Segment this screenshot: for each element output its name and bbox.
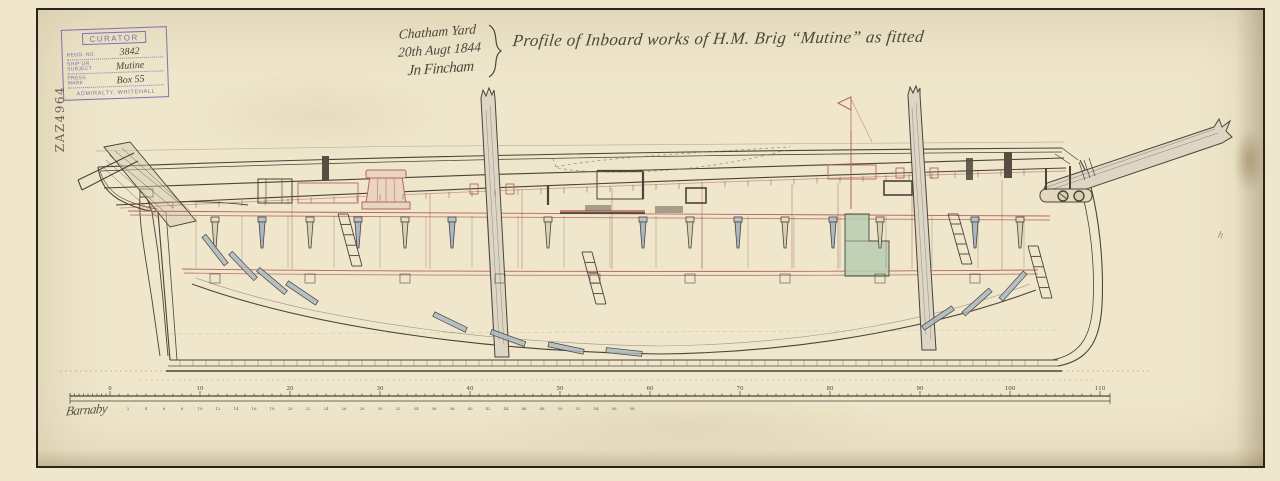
scale-labels: 0102030405060708090100110246810121416182… (108, 386, 1105, 411)
pennant-staff (838, 97, 872, 209)
svg-text:0: 0 (108, 386, 112, 392)
svg-text:26: 26 (341, 406, 347, 411)
svg-text:10: 10 (197, 406, 203, 411)
svg-text:20: 20 (287, 386, 294, 392)
svg-text:16: 16 (251, 406, 257, 411)
svg-text:10: 10 (197, 386, 204, 392)
svg-text:40: 40 (467, 406, 473, 411)
deck-beam-ticks (150, 170, 1024, 210)
stern-gallery (78, 142, 196, 227)
svg-text:42: 42 (485, 406, 491, 411)
stanchions (196, 216, 1024, 268)
iron-riders (202, 234, 1027, 356)
scanned-plan: CURATOR Regd. No. 3842 Ship or Subject M… (0, 0, 1280, 481)
scale-ticks (70, 391, 1110, 404)
floor-ticks (180, 360, 1038, 366)
svg-text:52: 52 (575, 406, 581, 411)
svg-text:80: 80 (827, 386, 834, 392)
svg-text:18: 18 (269, 406, 275, 411)
svg-text:110: 110 (1095, 386, 1106, 392)
svg-text:12: 12 (215, 406, 221, 411)
svg-text:2: 2 (127, 406, 130, 411)
svg-text:54: 54 (593, 406, 599, 411)
svg-text:50: 50 (557, 406, 563, 411)
svg-text:70: 70 (737, 386, 744, 392)
svg-text:8: 8 (181, 406, 184, 411)
svg-text:6: 6 (163, 406, 166, 411)
capstan (362, 170, 410, 209)
scale-bar (70, 396, 1110, 401)
svg-text:4: 4 (145, 406, 148, 411)
svg-text:50: 50 (557, 386, 564, 392)
svg-text:24: 24 (323, 406, 329, 411)
svg-text:32: 32 (395, 406, 401, 411)
rudder (140, 189, 248, 356)
mainmast (481, 88, 509, 357)
svg-text:90: 90 (917, 386, 924, 392)
svg-text:48: 48 (539, 406, 545, 411)
svg-text:22: 22 (305, 406, 311, 411)
svg-text:14: 14 (233, 406, 239, 411)
svg-text:20: 20 (287, 406, 293, 411)
svg-text:46: 46 (521, 406, 527, 411)
svg-text:38: 38 (449, 406, 455, 411)
ship-profile-drawing: 0102030405060708090100110246810121416182… (0, 0, 1280, 481)
svg-text:40: 40 (467, 386, 474, 392)
hull-outline (98, 148, 1102, 371)
svg-text:36: 36 (431, 406, 437, 411)
svg-text:28: 28 (359, 406, 365, 411)
svg-text:56: 56 (611, 406, 617, 411)
svg-text:30: 30 (377, 386, 384, 392)
svg-text:44: 44 (503, 406, 509, 411)
svg-text:30: 30 (377, 406, 383, 411)
ladders (338, 214, 1052, 304)
svg-text:100: 100 (1005, 386, 1016, 392)
svg-text:58: 58 (629, 406, 635, 411)
svg-text:60: 60 (647, 386, 654, 392)
hanging-knees (211, 217, 1024, 248)
svg-text:34: 34 (413, 406, 419, 411)
